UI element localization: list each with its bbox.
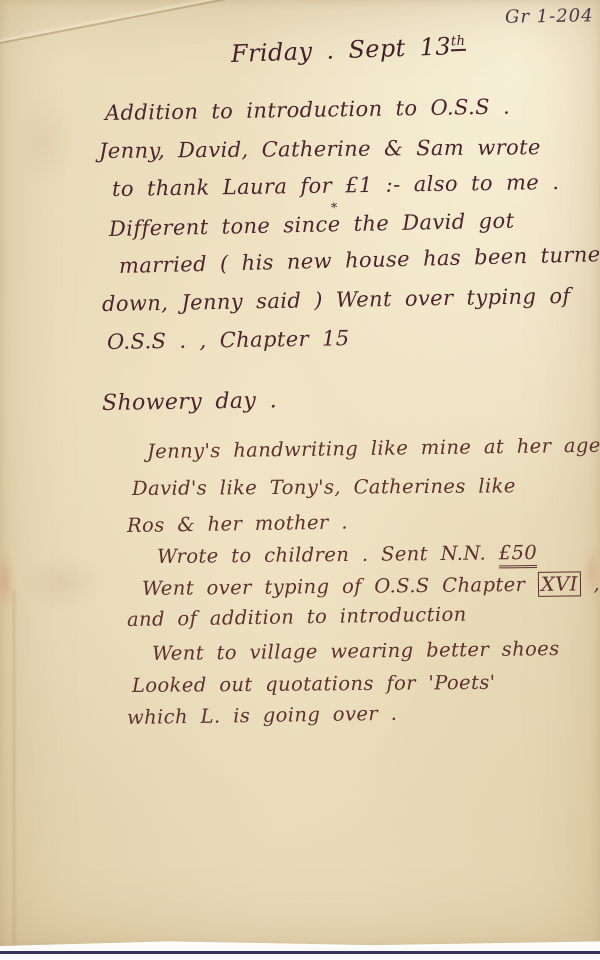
insertion-mark: * — [330, 201, 338, 217]
diary-line: Ros & her mother . — [127, 511, 348, 537]
date-ordinal: th — [451, 34, 466, 51]
diary-line: Looked out quotations for 'Poets' — [132, 671, 496, 697]
diary-line-text: Wrote to children . Sent N.N. — [157, 541, 499, 568]
weather-note: Showery day . — [102, 388, 277, 416]
diary-line: which L. is going over . — [127, 702, 398, 729]
ink-bleed — [14, 96, 74, 186]
ink-bleed — [22, 555, 102, 610]
manuscript-scan: Gr 1-204 Friday . Sept 13th Addition to … — [0, 0, 600, 960]
underlined-amount: £50 — [499, 541, 538, 568]
archive-mark: Gr 1-204 — [505, 5, 594, 28]
binding-line — [0, 951, 600, 954]
diary-line-text: Went over typing of O.S.S Chapter — [142, 573, 538, 600]
diary-line: Went over typing of O.S.S Chapter XVI , — [142, 572, 600, 600]
diary-line: Jenny, David, Catherine & Sam wrote — [99, 135, 541, 163]
diary-line: O.S.S . , Chapter 15 — [107, 326, 350, 354]
diary-line-suffix: , — [581, 572, 600, 595]
diary-line: Wrote to children . Sent N.N. £50 — [157, 541, 537, 568]
diary-line: David's like Tony's, Catherines like — [132, 474, 516, 500]
paper-fold — [13, 590, 15, 946]
boxed-chapter-numeral: XVI — [538, 571, 581, 596]
